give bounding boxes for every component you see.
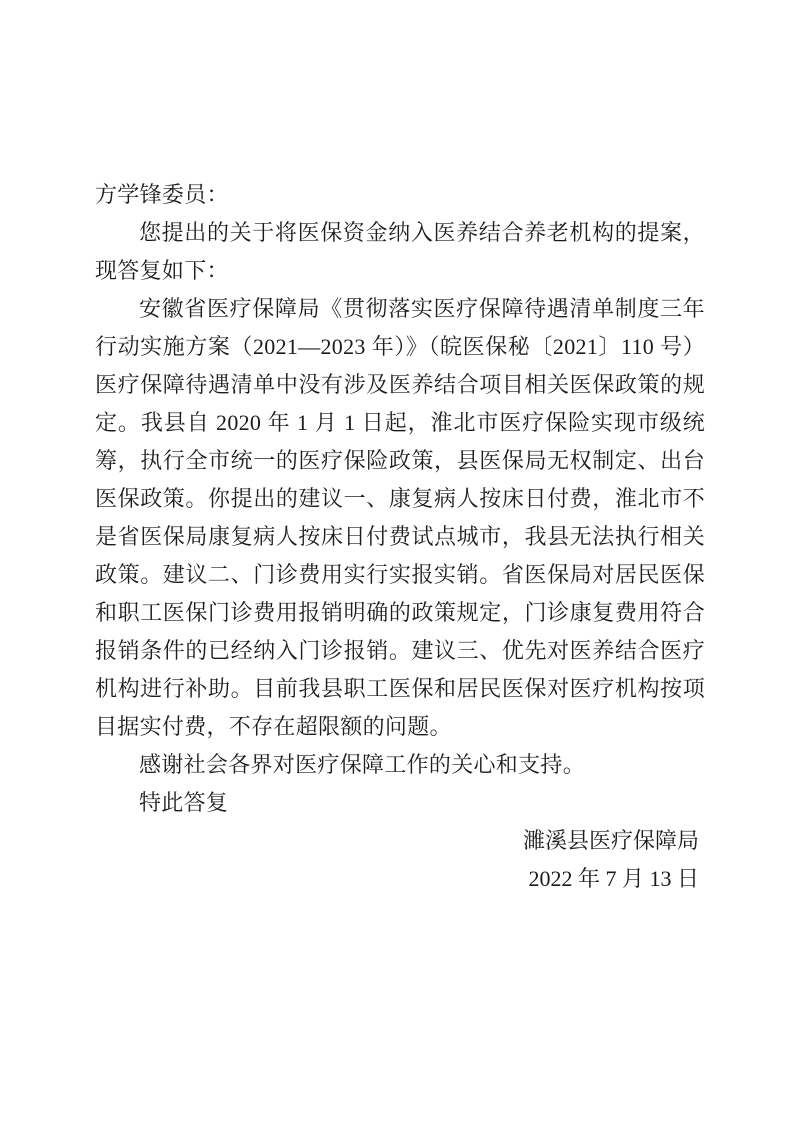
signature-block: 濉溪县医疗保障局 2022 年 7 月 13 日	[95, 822, 705, 898]
signature-org: 濉溪县医疗保障局	[95, 822, 699, 860]
letter-body: 方学锋委员： 您提出的关于将医保资金纳入医养结合养老机构的提案，现答复如下： 安…	[95, 176, 705, 822]
paragraph-intro: 您提出的关于将医保资金纳入医养结合养老机构的提案，现答复如下：	[95, 214, 705, 290]
salutation: 方学锋委员：	[95, 176, 705, 214]
letter-page: 方学锋委员： 您提出的关于将医保资金纳入医养结合养老机构的提案，现答复如下： 安…	[0, 0, 793, 1122]
paragraph-closing: 特此答复	[95, 784, 705, 822]
paragraph-thanks: 感谢社会各界对医疗保障工作的关心和支持。	[95, 746, 705, 784]
signature-date: 2022 年 7 月 13 日	[95, 860, 699, 898]
paragraph-main-reply: 安徽省医疗保障局《贯彻落实医疗保障待遇清单制度三年行动实施方案（2021—202…	[95, 290, 705, 746]
